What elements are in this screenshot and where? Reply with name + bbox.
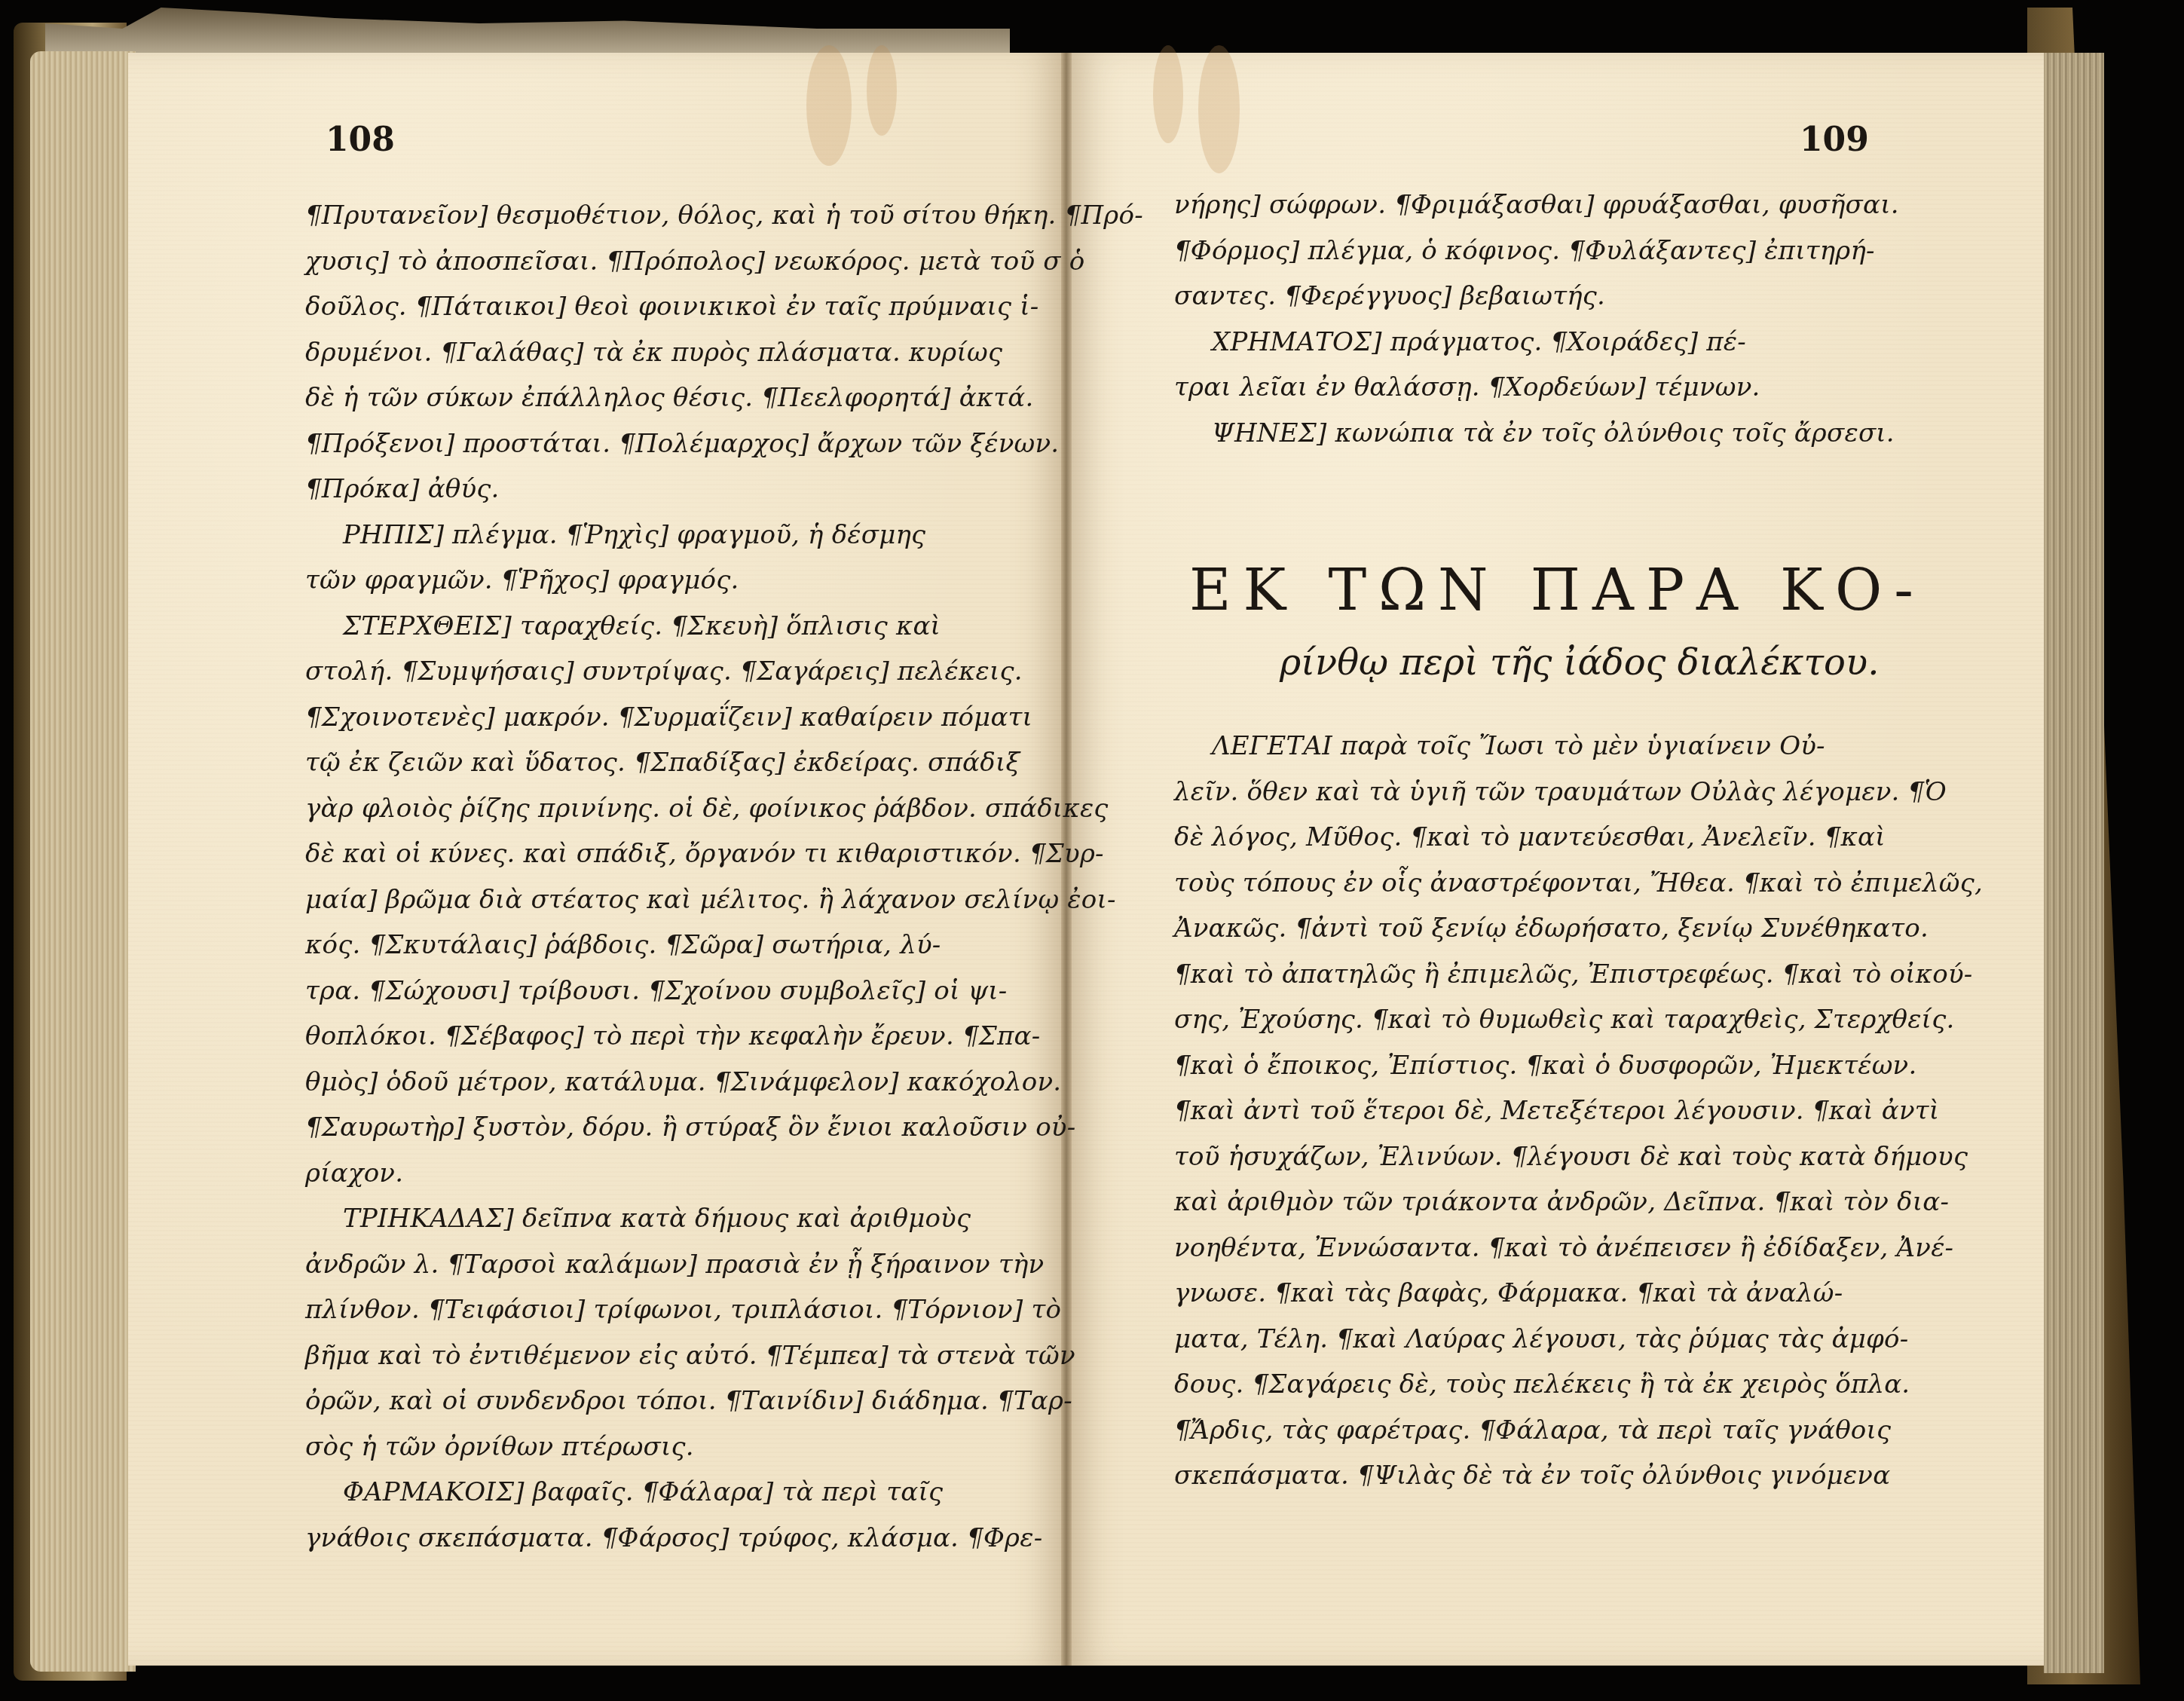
- entry-lemma-sigma: ΣΤΕΡΧΘΕΙΣ] ταραχθείς. ¶Σκευὴ] ὅπλισις κα…: [305, 604, 999, 650]
- text-line: κός. ¶Σκυτάλαις] ῥάβδοις. ¶Σῶρα] σωτήρια…: [305, 922, 999, 968]
- text-line: δους. ¶Σαγάρεις δὲ, τοὺς πελέκεις ἢ τὰ ἐ…: [1174, 1362, 1867, 1408]
- text-line: νήρης] σώφρων. ¶Φριμάξασθαι] φρυάξασθαι,…: [1174, 182, 1867, 228]
- text-line: ἀνδρῶν λ. ¶Ταρσοὶ καλάμων] πρασιὰ ἐν ᾗ ξ…: [305, 1242, 999, 1288]
- text-line: τρα. ¶Σώχουσι] τρίβουσι. ¶Σχοίνου συμβολ…: [305, 968, 999, 1014]
- text-line: ¶Φόρμος] πλέγμα, ὁ κόφινος. ¶Φυλάξαντες]…: [1174, 228, 1867, 274]
- water-stain: [1198, 45, 1240, 173]
- entry-lemma-psi: ΨΗΝΕΣ] κωνώπια τὰ ἐν τοῖς ὀλύνθοις τοῖς …: [1174, 411, 1867, 457]
- right-top-text-block: νήρης] σώφρων. ¶Φριμάξασθαι] φρυάξασθαι,…: [1174, 182, 1867, 456]
- text-line: ¶Ἄρδις, τὰς φαρέτρας. ¶Φάλαρα, τὰ περὶ τ…: [1174, 1408, 1867, 1454]
- text-line: δὲ ἡ τῶν σύκων ἐπάλληλος θέσις. ¶Πεελφορ…: [305, 375, 999, 421]
- text-line: δὲ καὶ οἱ κύνες. καὶ σπάδιξ, ὄργανόν τι …: [305, 831, 999, 877]
- water-stain: [867, 45, 897, 136]
- text-line: ¶Πρόξενοι] προστάται. ¶Πολέμαρχος] ἄρχων…: [305, 421, 999, 467]
- section-heading: ΕΚ ΤΩΝ ΠΑΡΑ ΚΟ- ρίνθῳ περὶ τῆς ἰάδος δια…: [1189, 556, 1926, 684]
- text-line: καὶ ἀριθμὸν τῶν τριάκοντα ἀνδρῶν, Δεῖπνα…: [1174, 1179, 1867, 1225]
- text-line: Ἀνακῶς. ¶ἀντὶ τοῦ ξενίῳ ἐδωρήσατο, ξενίῳ…: [1174, 906, 1867, 952]
- text-line: δὲ λόγος, Μῦθος. ¶καὶ τὸ μαντεύεσθαι, Ἀν…: [1174, 815, 1867, 861]
- entry-lemma-phi: ΦΑΡΜΑΚΟΙΣ] βαφαῖς. ¶Φάλαρα] τὰ περὶ ταῖς: [305, 1470, 999, 1516]
- text-line: θοπλόκοι. ¶Σέβαφος] τὸ περὶ τὴν κεφαλὴν …: [305, 1014, 999, 1060]
- text-line: τοῦ ἡσυχάζων, Ἐλινύων. ¶λέγουσι δὲ καὶ τ…: [1174, 1134, 1867, 1180]
- text-line: δρυμένοι. ¶Γαλάθας] τὰ ἐκ πυρὸς πλάσματα…: [305, 330, 999, 376]
- left-text-block: ¶Πρυτανεῖον] θεσμοθέτιον, θόλος, καὶ ἡ τ…: [305, 193, 999, 1561]
- text-line: ¶Σχοινοτενὲς] μακρόν. ¶Συρμαΐζειν] καθαί…: [305, 695, 999, 741]
- text-line: ¶Πρυτανεῖον] θεσμοθέτιον, θόλος, καὶ ἡ τ…: [305, 193, 999, 239]
- text-line: σὸς ἡ τῶν ὀρνίθων πτέρωσις.: [305, 1424, 999, 1470]
- section-heading-line1: ΕΚ ΤΩΝ ΠΑΡΑ ΚΟ-: [1189, 556, 1926, 623]
- text-line: σαντες. ¶Φερέγγυος] βεβαιωτής.: [1174, 274, 1867, 320]
- text-line: βῆμα καὶ τὸ ἐντιθέμενον εἰς αὐτό. ¶Τέμπε…: [305, 1333, 999, 1379]
- text-line: στολή. ¶Συμψήσαις] συντρίψας. ¶Σαγάρεις]…: [305, 649, 999, 695]
- text-line: τραι λεῖαι ἐν θαλάσσῃ. ¶Χορδεύων] τέμνων…: [1174, 365, 1867, 411]
- text-line: δοῦλος. ¶Πάταικοι] θεοὶ φοινικικοὶ ἐν τα…: [305, 284, 999, 330]
- text-line: τοὺς τόπους ἐν οἷς ἀναστρέφονται, Ἤθεα. …: [1174, 861, 1867, 907]
- text-line: σκεπάσματα. ¶Ψιλὰς δὲ τὰ ἐν τοῖς ὀλύνθοι…: [1174, 1453, 1867, 1499]
- text-line: ¶Πρόκα] ἀθύς.: [305, 467, 999, 512]
- text-line: ρίαχον.: [305, 1151, 999, 1197]
- text-line: χυσις] τὸ ἀποσπεῖσαι. ¶Πρόπολος] νεωκόρο…: [305, 239, 999, 285]
- right-body-text-block: ΛΕΓΕΤΑΙ παρὰ τοῖς Ἴωσι τὸ μὲν ὑγιαίνειν …: [1174, 724, 1867, 1499]
- entry-lemma-chi: ΧΡΗΜΑΤΟΣ] πράγματος. ¶Χοιράδες] πέ-: [1174, 320, 1867, 366]
- text-line: τῶν φραγμῶν. ¶Ῥῆχος] φραγμός.: [305, 558, 999, 604]
- text-line: γνάθοις σκεπάσματα. ¶Φάρσος] τρύφος, κλά…: [305, 1516, 999, 1562]
- water-stain: [806, 45, 852, 166]
- text-line: ματα, Τέλη. ¶καὶ Λαύρας λέγουσι, τὰς ῥύμ…: [1174, 1317, 1867, 1363]
- folio-left: 108: [326, 121, 395, 159]
- entry-lemma-rho: ΡΗΠΙΣ] πλέγμα. ¶Ῥηχὶς] φραγμοῦ, ἡ δέσμης: [305, 512, 999, 558]
- text-line: θμὸς] ὁδοῦ μέτρον, κατάλυμα. ¶Σινάμφελον…: [305, 1060, 999, 1106]
- text-line: νοηθέντα, Ἐννώσαντα. ¶καὶ τὸ ἀνέπεισεν ἢ…: [1174, 1225, 1867, 1271]
- text-line: ὀρῶν, καὶ οἱ συνδενδροι τόποι. ¶Ταινίδιν…: [305, 1378, 999, 1424]
- text-line: πλίνθον. ¶Τειφάσιοι] τρίφωνοι, τριπλάσιο…: [305, 1287, 999, 1333]
- text-line: ¶καὶ ὁ ἔποικος, Ἐπίστιος. ¶καὶ ὁ δυσφορῶ…: [1174, 1043, 1867, 1089]
- text-line: ¶καὶ ἀντὶ τοῦ ἕτεροι δὲ, Μετεξέτεροι λέγ…: [1174, 1088, 1867, 1134]
- page-edges-left: [30, 51, 136, 1672]
- text-line: μαία] βρῶμα διὰ στέατος καὶ μέλιτος. ἢ λ…: [305, 877, 999, 923]
- text-line: γὰρ φλοιὸς ῥίζης πρινίνης. οἱ δὲ, φοίνικ…: [305, 786, 999, 832]
- entry-lemma-tau: ΤΡΙΗΚΑΔΑΣ] δεῖπνα κατὰ δήμους καὶ ἀριθμο…: [305, 1196, 999, 1242]
- text-line: τῷ ἐκ ζειῶν καὶ ὕδατος. ¶Σπαδίξας] ἐκδεί…: [305, 740, 999, 786]
- text-line: λεῖν. ὅθεν καὶ τὰ ὑγιῆ τῶν τραυμάτων Οὐλ…: [1174, 769, 1867, 815]
- text-line: γνωσε. ¶καὶ τὰς βαφὰς, Φάρμακα. ¶καὶ τὰ …: [1174, 1271, 1867, 1317]
- text-line: σης, Ἐχούσης. ¶καὶ τὸ θυμωθεὶς καὶ ταραχ…: [1174, 997, 1867, 1043]
- page-edges-right: [2044, 53, 2104, 1673]
- text-line: ¶Σαυρωτὴρ] ξυστὸν, δόρυ. ἢ στύραξ ὃν ἔνι…: [305, 1105, 999, 1151]
- section-opening-line: ΛΕΓΕΤΑΙ παρὰ τοῖς Ἴωσι τὸ μὲν ὑγιαίνειν …: [1174, 724, 1867, 769]
- folio-right: 109: [1800, 121, 1869, 159]
- text-line: ¶καὶ τὸ ἀπατηλῶς ἢ ἐπιμελῶς, Ἐπιστρεφέως…: [1174, 952, 1867, 998]
- water-stain: [1153, 45, 1183, 143]
- section-heading-line2: ρίνθῳ περὶ τῆς ἰάδος διαλέκτου.: [1280, 641, 1926, 684]
